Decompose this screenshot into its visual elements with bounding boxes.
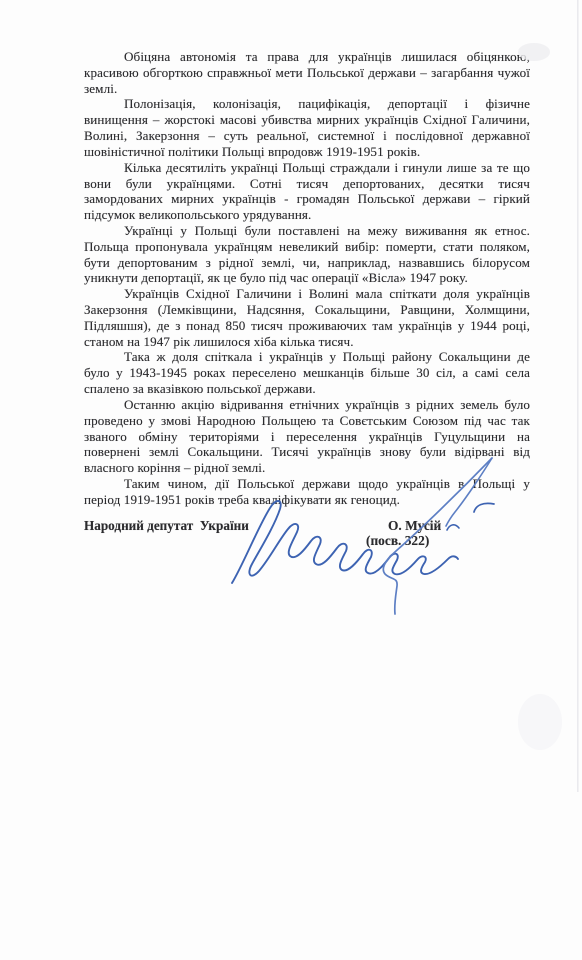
signature-caret-mark xyxy=(447,525,459,530)
signatory-title: Народний депутат України xyxy=(84,518,249,534)
text-line: винищення – жорстокі масові убивства мир… xyxy=(84,112,530,128)
text-line: підсумок великопольського урядування. xyxy=(84,207,530,223)
text-line: Обіцяна автономія та права для українців… xyxy=(84,49,530,65)
text-line: Кілька десятиліть українці Польщі стражд… xyxy=(84,160,530,176)
document-body: Обіцяна автономія та права для українців… xyxy=(84,49,530,508)
text-line: званого обміну територіями і переселення… xyxy=(84,429,530,445)
text-line: Закерзоння (Лемківщини, Надсяння, Сокаль… xyxy=(84,302,530,318)
text-line: красивою обгорткою справжньої мети Польс… xyxy=(84,65,530,81)
text-line: було у 1943-1945 роках переселено мешкан… xyxy=(84,365,530,381)
signer-name: О. Мусій xyxy=(388,518,441,534)
text-line: замордованих мирних українців - громадян… xyxy=(84,191,530,207)
text-line: повернені землі Сокальщини. Тисячі украї… xyxy=(84,444,530,460)
text-line: проведено у змові Народною Польщею та Со… xyxy=(84,413,530,429)
paragraph: Таким чином, дії Польської держави щодо … xyxy=(84,476,530,508)
text-line: період 1919-1951 років треба кваліфікува… xyxy=(84,492,530,508)
text-line: Українців Східної Галичини і Волині мала… xyxy=(84,286,530,302)
text-line: Підляшшя), де з понад 850 тисяч проживаю… xyxy=(84,318,530,334)
scan-smudge-mid xyxy=(518,694,562,750)
text-line: власного коріння – рідної землі. xyxy=(84,460,530,476)
text-line: уникнути депортації, як це було під час … xyxy=(84,270,530,286)
signer-credential: (посв. 322) xyxy=(366,533,429,549)
text-line: Полонізація, колонізація, пацифікація, д… xyxy=(84,96,530,112)
paragraph: Така ж доля спіткала і українців у Польщ… xyxy=(84,349,530,396)
paragraph: Полонізація, колонізація, пацифікація, д… xyxy=(84,96,530,159)
text-line: Волині, Закерзоння – суть реальної, сист… xyxy=(84,128,530,144)
text-line: Така ж доля спіткала і українців у Польщ… xyxy=(84,349,530,365)
text-line: Таким чином, дії Польської держави щодо … xyxy=(84,476,530,492)
text-line: Українці у Польщі були поставлені на меж… xyxy=(84,223,530,239)
text-line: шовіністичної політики Польщі впродовж 1… xyxy=(84,144,530,160)
paragraph: Обіцяна автономія та права для українців… xyxy=(84,49,530,96)
paragraph: Кілька десятиліть українці Польщі стражд… xyxy=(84,160,530,223)
scan-edge-line xyxy=(577,0,579,792)
paragraph: Останню акцію відривання етнічних україн… xyxy=(84,397,530,476)
document-page: Обіцяна автономія та права для українців… xyxy=(0,0,582,960)
text-line: спалено за вказівкою польської держави. xyxy=(84,381,530,397)
text-line: станом на 1947 рік лишилося хіба кілька … xyxy=(84,334,530,350)
text-line: Останню акцію відривання етнічних україн… xyxy=(84,397,530,413)
paragraph: Українців Східної Галичини і Волині мала… xyxy=(84,286,530,349)
text-line: бути депортованим з рідної землі, чи, на… xyxy=(84,255,530,271)
text-line: Польща пропонувала українцям невеликий в… xyxy=(84,239,530,255)
text-line: землі. xyxy=(84,81,530,97)
paragraph: Українці у Польщі були поставлені на меж… xyxy=(84,223,530,286)
text-line: вони були українцями. Сотні тисяч депорт… xyxy=(84,176,530,192)
